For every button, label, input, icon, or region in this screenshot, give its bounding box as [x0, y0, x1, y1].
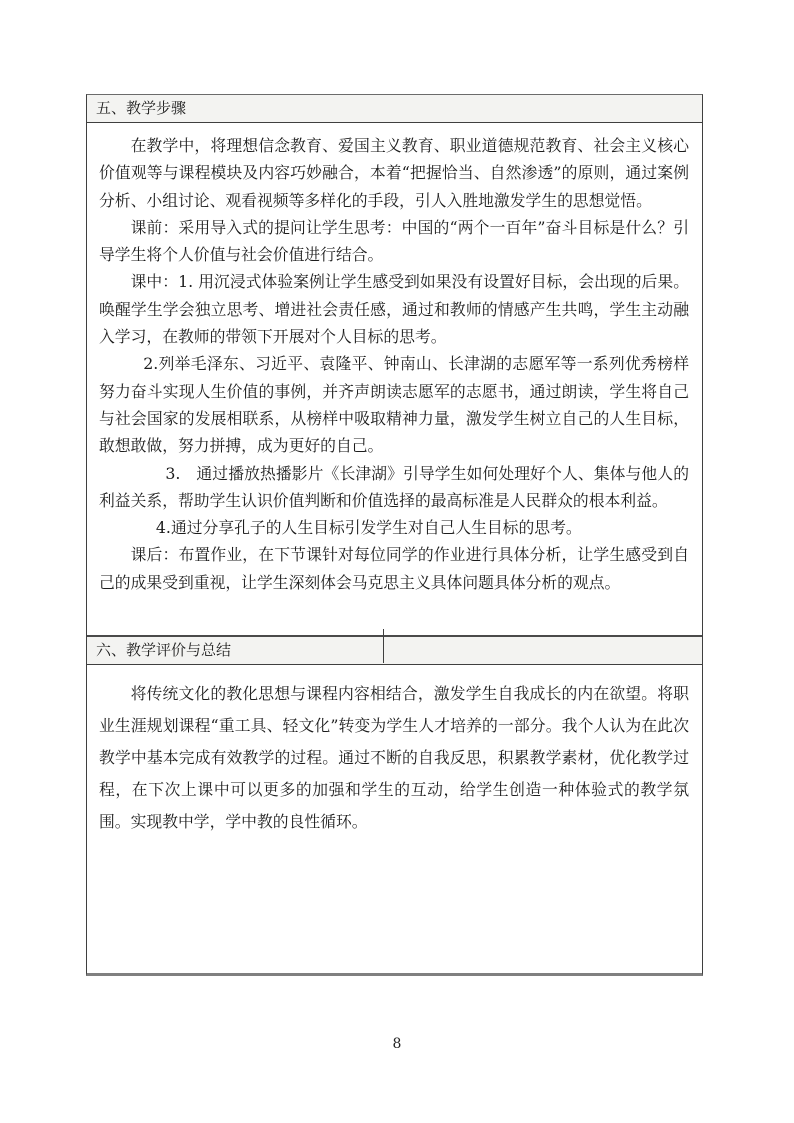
section-body-evaluation-summary: 将传统文化的教化思想与课程内容相结合，激发学生自我成长的内在欲望。将职业生涯规划… — [87, 665, 702, 973]
section-title-teaching-steps: 五、教学步骤 — [87, 95, 702, 123]
lesson-plan-table: 五、教学步骤 在教学中，将理想信念教育、爱国主义教育、职业道德规范教育、社会主义… — [86, 94, 703, 976]
paragraph-evaluation: 将传统文化的教化思想与课程内容相结合，激发学生自我成长的内在欲望。将职业生涯规划… — [99, 678, 689, 838]
document-page: { "page": { "number": "8" }, "colors": {… — [0, 0, 794, 1123]
paragraph-in-class-item-4: 4.通过分享孔子的人生目标引发学生对自己人生目标的思考。 — [99, 514, 689, 541]
section-body-teaching-steps: 在教学中，将理想信念教育、爱国主义教育、职业道德规范教育、社会主义核心价值观等与… — [87, 123, 702, 635]
paragraph-overview: 在教学中，将理想信念教育、爱国主义教育、职业道德规范教育、社会主义核心价值观等与… — [99, 132, 689, 214]
paragraph-in-class-item-1: 课中：1. 用沉浸式体验案例让学生感受到如果没有设置好目标，会出现的后果。唤醒学… — [99, 268, 689, 350]
page-number: 8 — [0, 1036, 794, 1052]
paragraph-in-class-item-3: 3. 通过播放热播影片《长津湖》引导学生如何处理好个人、集体与他人的利益关系，帮… — [99, 460, 689, 515]
paragraph-pre-class: 课前：采用导入式的提问让学生思考：中国的“两个一百年”奋斗目标是什么？引导学生将… — [99, 214, 689, 269]
section-title-evaluation-summary: 六、教学评价与总结 — [87, 635, 702, 665]
table-cell-divider — [383, 629, 384, 663]
paragraph-in-class-item-2: 2.列举毛泽东、习近平、袁隆平、钟南山、长津湖的志愿军等一系列优秀榜样努力奋斗实… — [99, 350, 689, 459]
paragraph-post-class: 课后：布置作业，在下节课针对每位同学的作业进行具体分析，让学生感受到自己的成果受… — [99, 541, 689, 596]
